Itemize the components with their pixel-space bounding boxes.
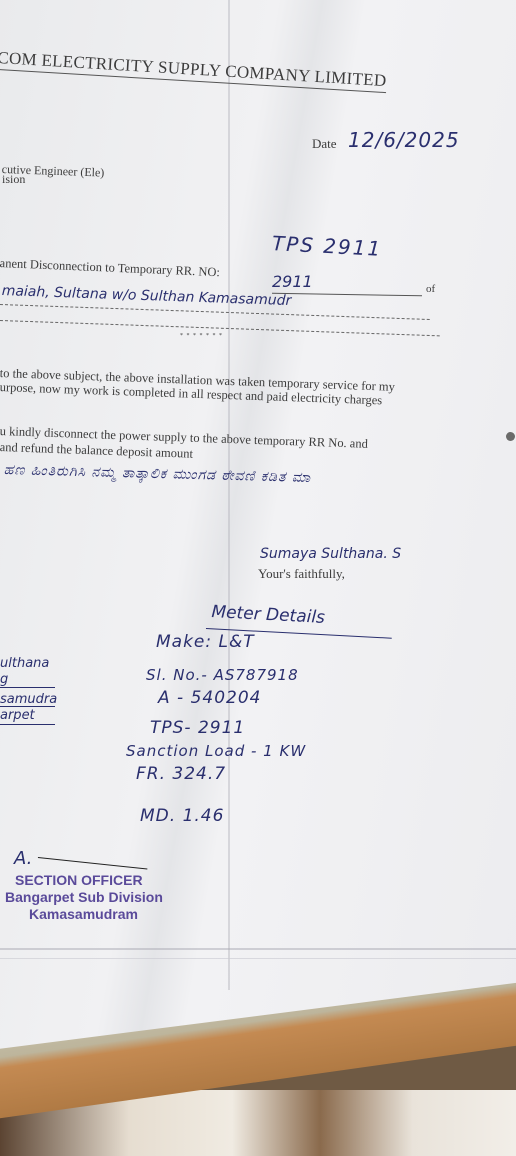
meter-serial-number: Sl. No.- AS787918 <box>146 666 299 684</box>
rr-number: 2911 <box>272 272 313 291</box>
addressee-line-2: ision <box>2 172 25 187</box>
officer-initials: A. <box>14 848 32 869</box>
meter-max-demand: MD. 1.46 <box>140 806 224 826</box>
separator-stars: * * * * * * * <box>180 333 223 339</box>
closing-text: Your's faithfully, <box>258 566 345 582</box>
punch-hole <box>506 432 515 441</box>
left-fragment-underline-2 <box>0 706 55 707</box>
date-value: 12/6/2025 <box>348 128 460 152</box>
fold-crease-horizontal-2 <box>0 958 516 959</box>
left-fragment-4: arpet <box>0 708 35 723</box>
meter-account: A - 540204 <box>158 688 261 708</box>
fold-crease-vertical <box>228 0 230 990</box>
meter-final-reading: FR. 324.7 <box>136 764 226 784</box>
stamp-division: Bangarpet Sub Division <box>5 889 163 905</box>
meter-sanction-load: Sanction Load - 1 KW <box>126 742 306 760</box>
left-fragment-1: ulthana <box>0 656 49 671</box>
of-word: of <box>426 283 435 295</box>
meter-make: Make: L&T <box>156 632 255 652</box>
applicant-signature: Sumaya Sulthana. S <box>260 546 401 562</box>
stamp-title: SECTION OFFICER <box>15 872 143 888</box>
fold-crease-horizontal <box>0 948 516 950</box>
left-fragment-underline-1 <box>0 687 55 688</box>
photo-scene: COM ELECTRICITY SUPPLY COMPANY LIMITED D… <box>0 0 516 1156</box>
left-fragment-underline-3 <box>0 724 55 725</box>
left-fragment-3: samudra <box>0 692 57 707</box>
stamp-location: Kamasamudram <box>29 906 138 922</box>
left-fragment-2: g <box>0 672 8 687</box>
date-label: Date <box>312 136 337 152</box>
meter-tps: TPS- 2911 <box>150 718 245 738</box>
